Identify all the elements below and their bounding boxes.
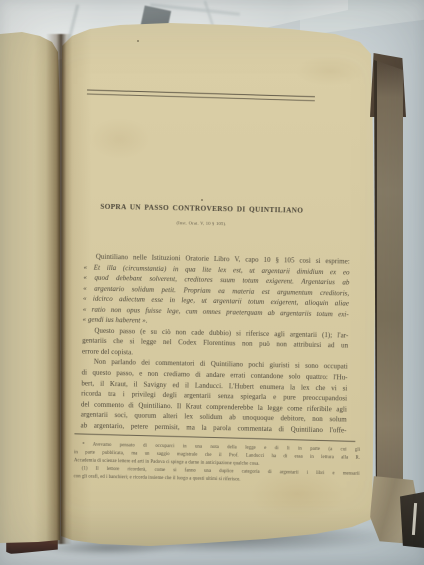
paragraph-codex: Questo passo (e su ciò non cade dubbio) … xyxy=(82,326,349,363)
body-text: Quintiliano nelle Istituzioni Oratorie L… xyxy=(80,252,349,436)
article-title: SOPRA UN PASSO CONTROVERSO DI QUINTILIAN… xyxy=(62,201,342,215)
paragraph-quintilian-quote: Quintiliano nelle Istituzioni Oratorie L… xyxy=(82,252,349,331)
book-gutter-shadow xyxy=(46,34,72,544)
double-rule-divider xyxy=(87,89,315,101)
printed-text-block: SOPRA UN PASSO CONTROVERSO DI QUINTILIAN… xyxy=(55,0,378,565)
paragraph-commentators: Non parlando dei commentatori di Quintil… xyxy=(80,358,347,437)
cover-fore-edge xyxy=(374,60,403,528)
footnotes: * Avevamo pensato di occuparci in una no… xyxy=(74,441,361,487)
photo-of-open-book: SOPRA UN PASSO CONTROVERSO DI QUINTILIAN… xyxy=(0,0,424,565)
article-subtitle: (Inst. Orat. V, 10 § 105). xyxy=(61,218,341,228)
